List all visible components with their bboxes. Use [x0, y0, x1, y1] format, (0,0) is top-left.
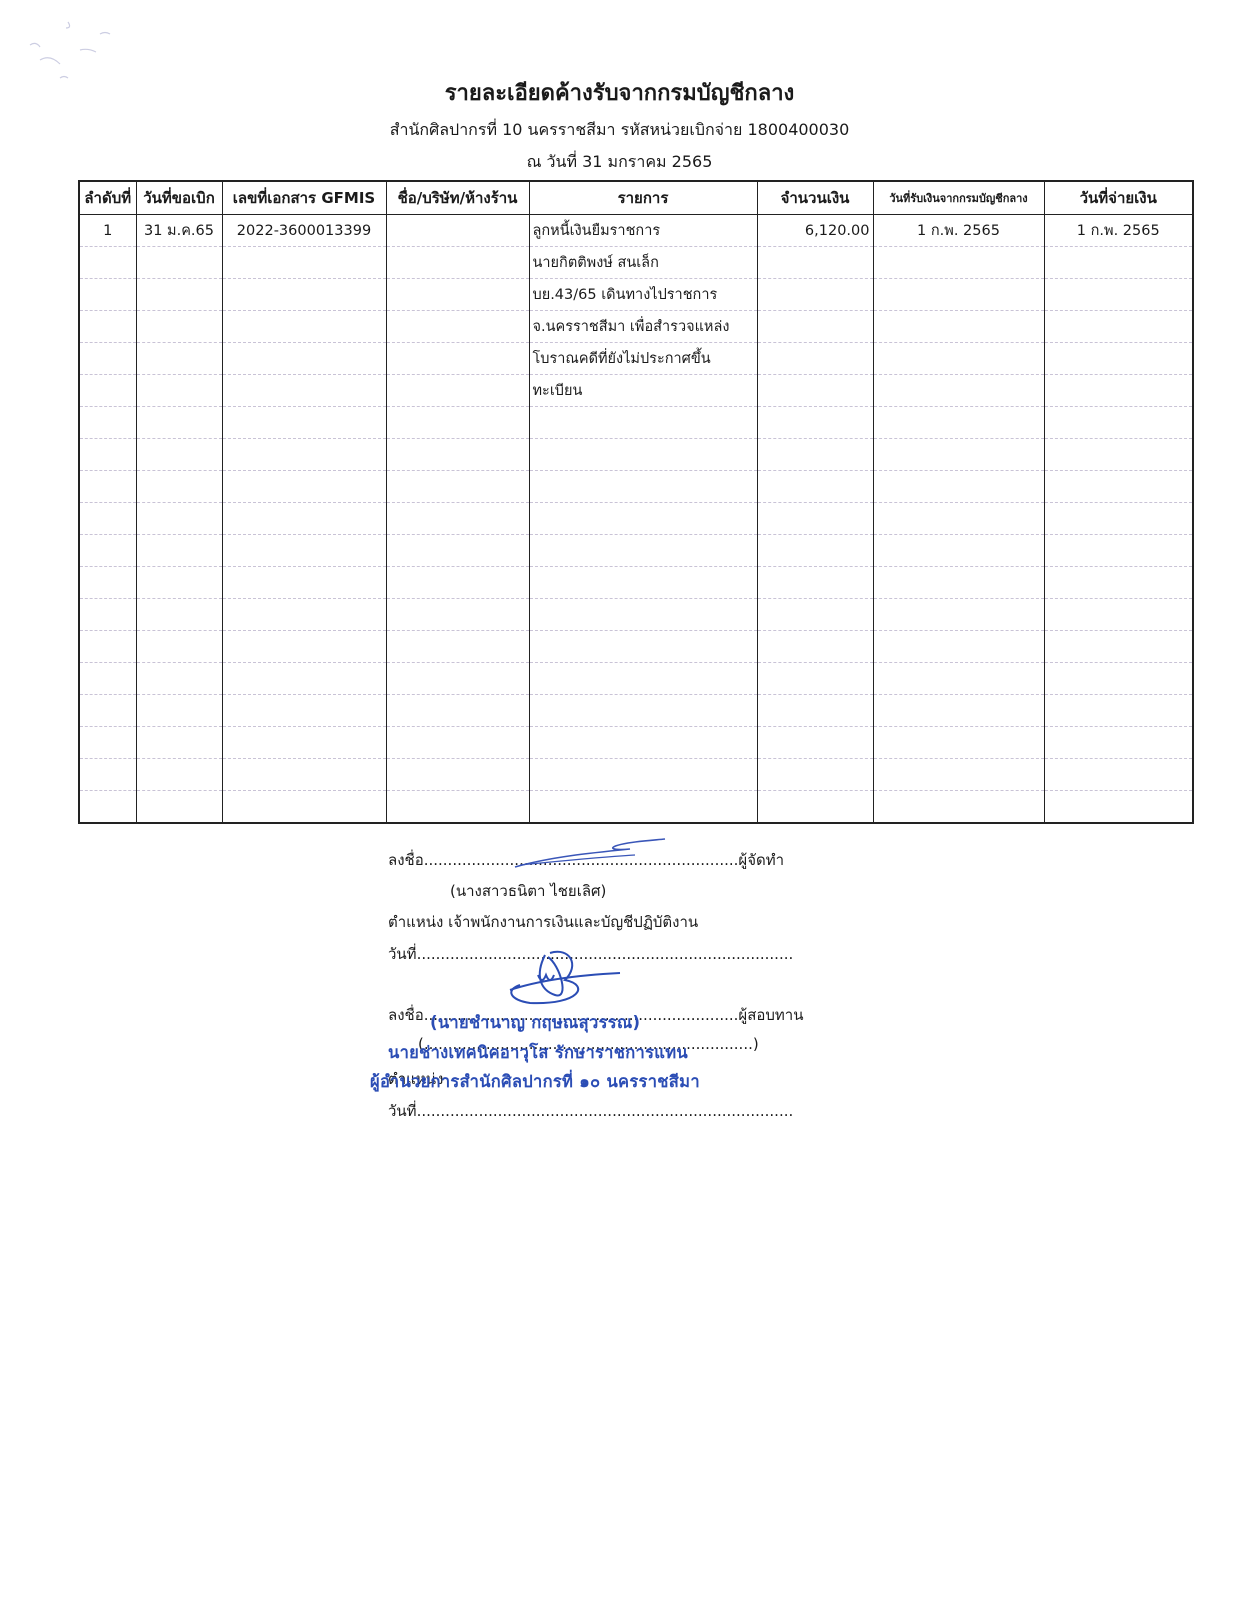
- col-header-amount: จำนวนเงิน: [757, 181, 873, 215]
- preparer-position: ตำแหน่ง เจ้าพนักงานการเงินและบัญชีปฏิบัต…: [388, 910, 698, 934]
- table-cell: [1044, 247, 1193, 279]
- table-cell: [79, 599, 136, 631]
- table-cell: [136, 695, 222, 727]
- table-row: [79, 503, 1193, 535]
- table-cell: [1044, 791, 1193, 824]
- table-cell: [136, 407, 222, 439]
- table-row: 131 ม.ค.652022-3600013399ลูกหนี้เงินยืมร…: [79, 215, 1193, 247]
- table-row: [79, 407, 1193, 439]
- table-cell: [136, 439, 222, 471]
- table-cell: [79, 695, 136, 727]
- table-cell: [529, 567, 757, 599]
- receivables-table: ลำดับที่ วันที่ขอเบิก เลขที่เอกสาร GFMIS…: [78, 180, 1194, 824]
- paren-close: ): [753, 1035, 759, 1053]
- table-cell: [757, 727, 873, 759]
- table-header-row: ลำดับที่ วันที่ขอเบิก เลขที่เอกสาร GFMIS…: [79, 181, 1193, 215]
- table-cell: [136, 599, 222, 631]
- table-cell: [757, 599, 873, 631]
- table-cell: ทะเบียน: [529, 375, 757, 407]
- table-cell: [757, 471, 873, 503]
- table-cell: [757, 375, 873, 407]
- table-cell: [757, 535, 873, 567]
- stamp-title: นายช่างเทคนิคอาวุโส รักษาราชการแทน: [388, 1040, 688, 1066]
- table-cell: [757, 279, 873, 311]
- table-cell: [79, 503, 136, 535]
- table-cell: [757, 503, 873, 535]
- table-cell: [79, 791, 136, 824]
- table-cell: [873, 247, 1044, 279]
- table-cell: [222, 535, 386, 567]
- table-cell: [222, 599, 386, 631]
- table-cell: [136, 759, 222, 791]
- table-cell: [222, 759, 386, 791]
- table-cell: [1044, 695, 1193, 727]
- table-row: [79, 695, 1193, 727]
- table-row: [79, 663, 1193, 695]
- table-cell: [1044, 535, 1193, 567]
- table-cell: [222, 407, 386, 439]
- table-cell: [386, 375, 529, 407]
- table-cell: [1044, 375, 1193, 407]
- table-cell: [386, 247, 529, 279]
- table-cell: [79, 439, 136, 471]
- table-row: นายกิตติพงษ์ สนเล็ก: [79, 247, 1193, 279]
- table-cell: บย.43/65 เดินทางไปราชการ: [529, 279, 757, 311]
- table-cell: [757, 247, 873, 279]
- table-cell: [1044, 599, 1193, 631]
- table-row: [79, 759, 1193, 791]
- sign-label: ลงชื่อ: [388, 851, 424, 869]
- table-cell: [529, 791, 757, 824]
- table-cell: [386, 599, 529, 631]
- table-cell: จ.นครราชสีมา เพื่อสำรวจแหล่ง: [529, 311, 757, 343]
- table-row: [79, 439, 1193, 471]
- table-cell: [529, 695, 757, 727]
- table-cell: [136, 471, 222, 503]
- table-cell: [529, 663, 757, 695]
- table-cell: [79, 567, 136, 599]
- col-header-paid-date: วันที่จ่ายเงิน: [1044, 181, 1193, 215]
- table-row: จ.นครราชสีมา เพื่อสำรวจแหล่ง: [79, 311, 1193, 343]
- table-cell: [222, 791, 386, 824]
- table-cell: [757, 663, 873, 695]
- table-cell: [222, 279, 386, 311]
- table-cell: [1044, 407, 1193, 439]
- table-cell: [1044, 311, 1193, 343]
- table-cell: [873, 759, 1044, 791]
- table-cell: [529, 439, 757, 471]
- table-cell: [79, 279, 136, 311]
- col-header-request-date: วันที่ขอเบิก: [136, 181, 222, 215]
- table-cell: [386, 407, 529, 439]
- table-cell: [79, 471, 136, 503]
- reviewer-role: ผู้สอบทาน: [738, 1006, 803, 1024]
- table-cell: [1044, 567, 1193, 599]
- table-cell: [873, 343, 1044, 375]
- as-of-date: ณ วันที่ 31 มกราคม 2565: [0, 150, 1239, 175]
- table-cell: [873, 695, 1044, 727]
- table-cell: [222, 439, 386, 471]
- table-cell: [79, 759, 136, 791]
- date-dots: ........................................…: [417, 1102, 794, 1120]
- table-cell: [136, 535, 222, 567]
- table-cell: [386, 279, 529, 311]
- sign-label: ลงชื่อ: [388, 1006, 424, 1024]
- table-cell: [873, 663, 1044, 695]
- table-cell: [386, 471, 529, 503]
- table-cell: [79, 663, 136, 695]
- table-cell: [386, 343, 529, 375]
- col-header-company: ชื่อ/บริษัท/ห้างร้าน: [386, 181, 529, 215]
- table-cell: 1 ก.พ. 2565: [1044, 215, 1193, 247]
- table-cell: [873, 535, 1044, 567]
- table-row: [79, 599, 1193, 631]
- table-cell: [136, 631, 222, 663]
- table-cell: [79, 311, 136, 343]
- table-cell: [136, 791, 222, 824]
- table-cell: [386, 311, 529, 343]
- table-cell: [136, 727, 222, 759]
- table-cell: [1044, 439, 1193, 471]
- table-cell: 6,120.00: [757, 215, 873, 247]
- preparer-name: (นางสาวธนิตา ไชยเลิศ): [450, 879, 606, 903]
- table-cell: [222, 247, 386, 279]
- table-cell: [386, 695, 529, 727]
- table-cell: 2022-3600013399: [222, 215, 386, 247]
- table-cell: [222, 503, 386, 535]
- table-row: [79, 791, 1193, 824]
- table-cell: [222, 663, 386, 695]
- table-cell: [873, 471, 1044, 503]
- table-cell: [386, 439, 529, 471]
- col-header-received-date: วันที่รับเงินจากกรมบัญชีกลาง: [873, 181, 1044, 215]
- table-cell: [529, 535, 757, 567]
- table-cell: [873, 791, 1044, 824]
- table-cell: [757, 311, 873, 343]
- table-cell: [222, 375, 386, 407]
- table-cell: [222, 567, 386, 599]
- table-cell: [873, 311, 1044, 343]
- table-cell: [386, 663, 529, 695]
- table-cell: [873, 375, 1044, 407]
- table-cell: [222, 631, 386, 663]
- table-row: ทะเบียน: [79, 375, 1193, 407]
- table-cell: [386, 503, 529, 535]
- table-cell: [386, 791, 529, 824]
- table-cell: [1044, 759, 1193, 791]
- table-cell: [757, 343, 873, 375]
- reviewer-date-line: วันที่..................................…: [388, 1099, 793, 1123]
- table-cell: [386, 535, 529, 567]
- table-cell: [529, 407, 757, 439]
- stamp-name: (นายชำนาญ กฤษณสุวรรณ): [430, 1010, 640, 1036]
- table-cell: 1: [79, 215, 136, 247]
- table-cell: [529, 759, 757, 791]
- table-cell: [136, 343, 222, 375]
- table-cell: [873, 407, 1044, 439]
- table-cell: [529, 727, 757, 759]
- table-cell: [222, 343, 386, 375]
- table-cell: [757, 759, 873, 791]
- table-cell: [873, 567, 1044, 599]
- table-row: บย.43/65 เดินทางไปราชการ: [79, 279, 1193, 311]
- table-cell: [529, 599, 757, 631]
- table-cell: [757, 407, 873, 439]
- table-cell: [136, 279, 222, 311]
- table-cell: [529, 631, 757, 663]
- table-cell: [386, 631, 529, 663]
- table-cell: [1044, 343, 1193, 375]
- table-cell: [529, 503, 757, 535]
- date-label: วันที่: [388, 1102, 417, 1120]
- table-cell: [79, 727, 136, 759]
- table-row: [79, 535, 1193, 567]
- table-cell: [222, 311, 386, 343]
- table-cell: 1 ก.พ. 2565: [873, 215, 1044, 247]
- table-cell: [873, 631, 1044, 663]
- preparer-signature: [510, 835, 670, 875]
- table-cell: [386, 727, 529, 759]
- table-cell: [529, 471, 757, 503]
- table-cell: [136, 247, 222, 279]
- stamp-office: ผู้อำนวยการสำนักศิลปากรที่ ๑๐ นครราชสีมา: [370, 1069, 700, 1095]
- table-cell: [79, 247, 136, 279]
- col-header-description: รายการ: [529, 181, 757, 215]
- table-cell: [757, 567, 873, 599]
- table-cell: [79, 375, 136, 407]
- table-cell: [386, 567, 529, 599]
- table-cell: [136, 567, 222, 599]
- table-cell: [79, 343, 136, 375]
- col-header-seq: ลำดับที่: [79, 181, 136, 215]
- table-cell: [79, 407, 136, 439]
- table-cell: [757, 631, 873, 663]
- table-cell: [222, 727, 386, 759]
- date-label: วันที่: [388, 945, 417, 963]
- table-cell: [136, 375, 222, 407]
- table-cell: [386, 215, 529, 247]
- document-title: รายละเอียดค้างรับจากกรมบัญชีกลาง: [0, 75, 1239, 110]
- table-cell: [1044, 279, 1193, 311]
- table-cell: [1044, 631, 1193, 663]
- col-header-gfmis-doc: เลขที่เอกสาร GFMIS: [222, 181, 386, 215]
- table-cell: [1044, 727, 1193, 759]
- table-cell: 31 ม.ค.65: [136, 215, 222, 247]
- table-cell: ลูกหนี้เงินยืมราชการ: [529, 215, 757, 247]
- reviewer-signature: [500, 945, 630, 1010]
- table-cell: [873, 727, 1044, 759]
- table-cell: [136, 503, 222, 535]
- table-cell: [136, 311, 222, 343]
- table-row: [79, 631, 1193, 663]
- document-subtitle: สำนักศิลปากรที่ 10 นครราชสีมา รหัสหน่วยเ…: [0, 118, 1239, 143]
- table-cell: [873, 279, 1044, 311]
- table-cell: [873, 599, 1044, 631]
- table-row: [79, 567, 1193, 599]
- table-cell: [136, 663, 222, 695]
- table-cell: [222, 695, 386, 727]
- preparer-role: ผู้จัดทำ: [738, 851, 784, 869]
- table-cell: [1044, 663, 1193, 695]
- table-cell: [386, 759, 529, 791]
- table-cell: [1044, 471, 1193, 503]
- table-cell: [1044, 503, 1193, 535]
- table-cell: นายกิตติพงษ์ สนเล็ก: [529, 247, 757, 279]
- table-cell: โบราณคดีที่ยังไม่ประกาศขึ้น: [529, 343, 757, 375]
- table-cell: [757, 439, 873, 471]
- table-row: [79, 727, 1193, 759]
- table-cell: [757, 791, 873, 824]
- table-row: โบราณคดีที่ยังไม่ประกาศขึ้น: [79, 343, 1193, 375]
- table-row: [79, 471, 1193, 503]
- table-cell: [79, 535, 136, 567]
- table-cell: [222, 471, 386, 503]
- table-cell: [873, 503, 1044, 535]
- table-cell: [79, 631, 136, 663]
- table-cell: [757, 695, 873, 727]
- table-cell: [873, 439, 1044, 471]
